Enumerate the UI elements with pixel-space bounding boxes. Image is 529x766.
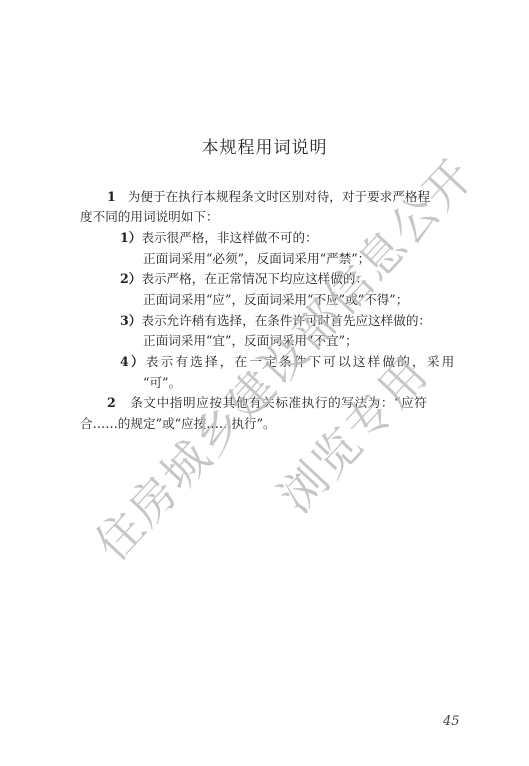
list-item-1: 1）表示很严格，非这样做不可的： xyxy=(120,228,318,248)
paragraph-1-line-2: 度不同的用词说明如下： xyxy=(80,207,219,227)
item-number: 4） xyxy=(120,354,146,369)
item-number: 2） xyxy=(120,271,141,286)
page-title: 本规程用词说明 xyxy=(0,133,529,158)
item-text: 表示严格，在正常情况下均应这样做的： xyxy=(141,271,368,286)
paragraph-2-line-2: 合……的规定”或“应按……执行”。 xyxy=(80,414,276,434)
paragraph-text: 为便于在执行本规程条文时区别对待，对于要求严格程 xyxy=(128,189,430,204)
paragraph-number: 1 xyxy=(107,189,116,204)
paragraph-number: 2 xyxy=(107,395,116,410)
item-number: 3） xyxy=(120,313,141,328)
document-page: 本规程用词说明 1 为便于在执行本规程条文时区别对待，对于要求严格程 度不同的用… xyxy=(0,0,529,766)
list-item-4: 4）表示有选择，在一定条件下可以这样做的，采用 xyxy=(120,352,456,372)
paragraph-1-line-1: 1 为便于在执行本规程条文时区别对待，对于要求严格程 xyxy=(107,187,430,207)
paragraph-text: 条文中指明应按其他有关标准执行的写法为：“应符 xyxy=(130,395,427,410)
page-number: 45 xyxy=(443,714,460,729)
list-item-3-line-2: 正面词采用“宜”，反面词采用“不宜”； xyxy=(143,331,358,351)
item-text: 表示允许稍有选择，在条件许可时首先应这样做的： xyxy=(141,313,431,328)
paragraph-2-line-1: 2 条文中指明应按其他有关标准执行的写法为：“应符 xyxy=(107,393,428,413)
list-item-1-line-2: 正面词采用“必须”，反面词采用“严禁”； xyxy=(143,249,370,269)
item-text: 表示很严格，非这样做不可的： xyxy=(141,230,317,245)
list-item-3: 3）表示允许稍有选择，在条件许可时首先应这样做的： xyxy=(120,311,431,331)
list-item-2: 2）表示严格，在正常情况下均应这样做的： xyxy=(120,269,368,289)
item-number: 1） xyxy=(120,230,141,245)
item-text: 表示有选择，在一定条件下可以这样做的，采用 xyxy=(146,354,457,369)
list-item-4-line-2: “可”。 xyxy=(143,373,181,393)
list-item-2-line-2: 正面词采用“应”，反面词采用“不应”或“不得”； xyxy=(143,290,408,310)
